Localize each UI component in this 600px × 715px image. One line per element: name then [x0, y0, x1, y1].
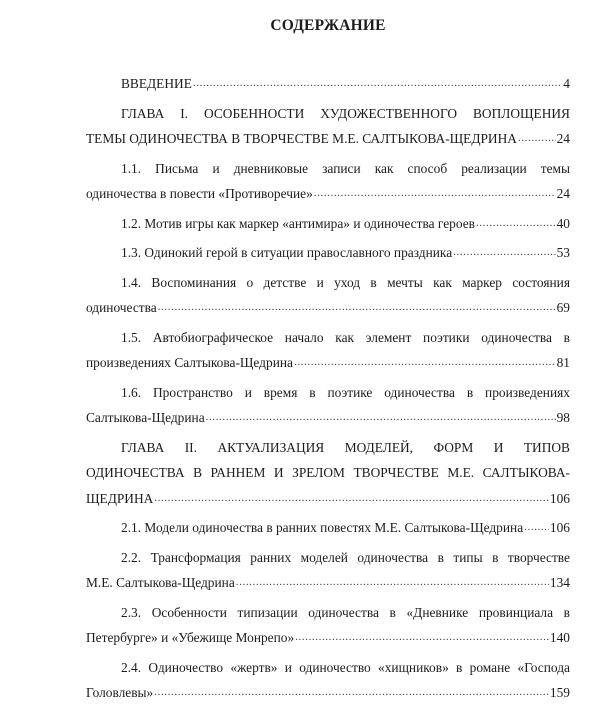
toc-entry-line: одиночества в повести «Противоречие»24	[86, 181, 570, 207]
toc-page-number: 81	[557, 350, 570, 376]
toc-page-number: 106	[550, 515, 570, 541]
toc-entry-line: 1.4. Воспоминания о детстве и уход в меч…	[86, 270, 570, 296]
toc-entry-text: ВВЕДЕНИЕ	[121, 71, 192, 97]
toc-entry-line: 2.4. Одиночество «жертв» и одиночество «…	[86, 655, 570, 681]
toc-entry[interactable]: 1.6. Пространство и время в поэтике один…	[86, 380, 570, 431]
toc-entry-line: Петербурге» и «Убежище Монрепо»140	[86, 625, 570, 651]
document-page: СОДЕРЖАНИЕ ВВЕДЕНИЕ4ГЛАВА I. ОСОБЕННОСТИ…	[0, 0, 600, 715]
toc-entry-line: 1.5. Автобиографическое начало как элеме…	[86, 325, 570, 351]
toc-entry-text: ТЕМЫ ОДИНОЧЕСТВА В ТВОРЧЕСТВЕ М.Е. САЛТЫ…	[86, 126, 517, 152]
toc-entry-line: ВВЕДЕНИЕ4	[86, 71, 570, 97]
toc-page-number: 106	[550, 486, 570, 512]
toc-entry-line: произведениях Салтыкова-Щедрина81	[86, 350, 570, 376]
toc-entry-text: 1.2. Мотив игры как маркер «антимира» и …	[121, 211, 475, 237]
toc-entry-line: ГЛАВА I. ОСОБЕННОСТИ ХУДОЖЕСТВЕННОГО ВОП…	[86, 101, 570, 127]
toc-entry[interactable]: 1.4. Воспоминания о детстве и уход в меч…	[86, 270, 570, 321]
toc-page-number: 140	[550, 625, 570, 651]
toc-page-number: 24	[557, 181, 570, 207]
toc-entry-line: одиночества69	[86, 295, 570, 321]
dot-leader	[294, 350, 556, 376]
toc-entry-text: 2.1. Модели одиночества в ранних повестя…	[121, 515, 523, 541]
toc-entry[interactable]: ГЛАВА II. АКТУАЛИЗАЦИЯ МОДЕЛЕЙ, ФОРМ И Т…	[86, 435, 570, 512]
dot-leader	[158, 295, 556, 321]
toc-entry[interactable]: 1.2. Мотив игры как маркер «антимира» и …	[86, 211, 570, 237]
toc-entry-line: 1.6. Пространство и время в поэтике один…	[86, 380, 570, 406]
toc-entry[interactable]: 1.3. Одинокий герой в ситуации православ…	[86, 240, 570, 266]
dot-leader	[476, 211, 556, 237]
toc-entry-text: М.Е. Салтыкова-Щедрина	[86, 570, 235, 596]
toc-entry-line: 2.3. Особенности типизации одиночества в…	[86, 600, 570, 626]
toc-entry[interactable]: 2.3. Особенности типизации одиночества в…	[86, 600, 570, 651]
dot-leader	[154, 486, 549, 512]
toc-entry-text: ЩЕДРИНА	[86, 486, 153, 512]
toc-title: СОДЕРЖАНИЕ	[0, 17, 600, 35]
toc-entry-line: ОДИНОЧЕСТВА В РАННЕМ И ЗРЕЛОМ ТВОРЧЕСТВЕ…	[86, 460, 570, 486]
dot-leader	[295, 625, 549, 651]
dot-leader	[193, 71, 562, 97]
toc-page-number: 24	[557, 126, 570, 152]
toc-entry-line: М.Е. Салтыкова-Щедрина134	[86, 570, 570, 596]
toc-entry-line: 1.2. Мотив игры как маркер «антимира» и …	[86, 211, 570, 237]
toc-entry[interactable]: ВВЕДЕНИЕ4	[86, 71, 570, 97]
dot-leader	[518, 126, 556, 152]
toc-entry[interactable]: 2.4. Одиночество «жертв» и одиночество «…	[86, 655, 570, 706]
toc-entry-line: ЩЕДРИНА106	[86, 486, 570, 512]
toc-entry[interactable]: 2.2. Трансформация ранних моделей одиноч…	[86, 545, 570, 596]
toc-entry-text: Салтыкова-Щедрина	[86, 405, 205, 431]
toc-entry[interactable]: 2.1. Модели одиночества в ранних повестя…	[86, 515, 570, 541]
toc-entry-text: одиночества	[86, 295, 157, 321]
toc-entry-text: Головлевы»	[86, 680, 153, 706]
toc-page-number: 40	[557, 211, 570, 237]
toc-entry-text: одиночества в повести «Противоречие»	[86, 181, 313, 207]
toc-entry-text: 1.3. Одинокий герой в ситуации православ…	[121, 240, 452, 266]
toc-page-number: 4	[563, 71, 570, 97]
toc-entry-text: произведениях Салтыкова-Щедрина	[86, 350, 293, 376]
toc-entry-line: Головлевы»159	[86, 680, 570, 706]
dot-leader	[314, 181, 556, 207]
toc-entry-line: 2.1. Модели одиночества в ранних повестя…	[86, 515, 570, 541]
toc-entry-line: 1.3. Одинокий герой в ситуации православ…	[86, 240, 570, 266]
toc-page-number: 53	[557, 240, 570, 266]
table-of-contents: ВВЕДЕНИЕ4ГЛАВА I. ОСОБЕННОСТИ ХУДОЖЕСТВЕ…	[86, 71, 570, 710]
toc-entry[interactable]: ГЛАВА I. ОСОБЕННОСТИ ХУДОЖЕСТВЕННОГО ВОП…	[86, 101, 570, 152]
dot-leader	[453, 240, 555, 266]
toc-page-number: 69	[557, 295, 570, 321]
toc-page-number: 159	[550, 680, 570, 706]
toc-page-number: 134	[550, 570, 570, 596]
toc-entry[interactable]: 1.1. Письма и дневниковые записи как спо…	[86, 156, 570, 207]
toc-page-number: 98	[557, 405, 570, 431]
toc-entry-text: Петербурге» и «Убежище Монрепо»	[86, 625, 294, 651]
toc-entry-line: ГЛАВА II. АКТУАЛИЗАЦИЯ МОДЕЛЕЙ, ФОРМ И Т…	[86, 435, 570, 461]
dot-leader	[524, 515, 549, 541]
dot-leader	[206, 405, 556, 431]
toc-entry-line: ТЕМЫ ОДИНОЧЕСТВА В ТВОРЧЕСТВЕ М.Е. САЛТЫ…	[86, 126, 570, 152]
toc-entry[interactable]: 1.5. Автобиографическое начало как элеме…	[86, 325, 570, 376]
toc-entry-line: Салтыкова-Щедрина98	[86, 405, 570, 431]
toc-entry-line: 1.1. Письма и дневниковые записи как спо…	[86, 156, 570, 182]
dot-leader	[154, 680, 549, 706]
dot-leader	[236, 570, 549, 596]
toc-entry-line: 2.2. Трансформация ранних моделей одиноч…	[86, 545, 570, 571]
